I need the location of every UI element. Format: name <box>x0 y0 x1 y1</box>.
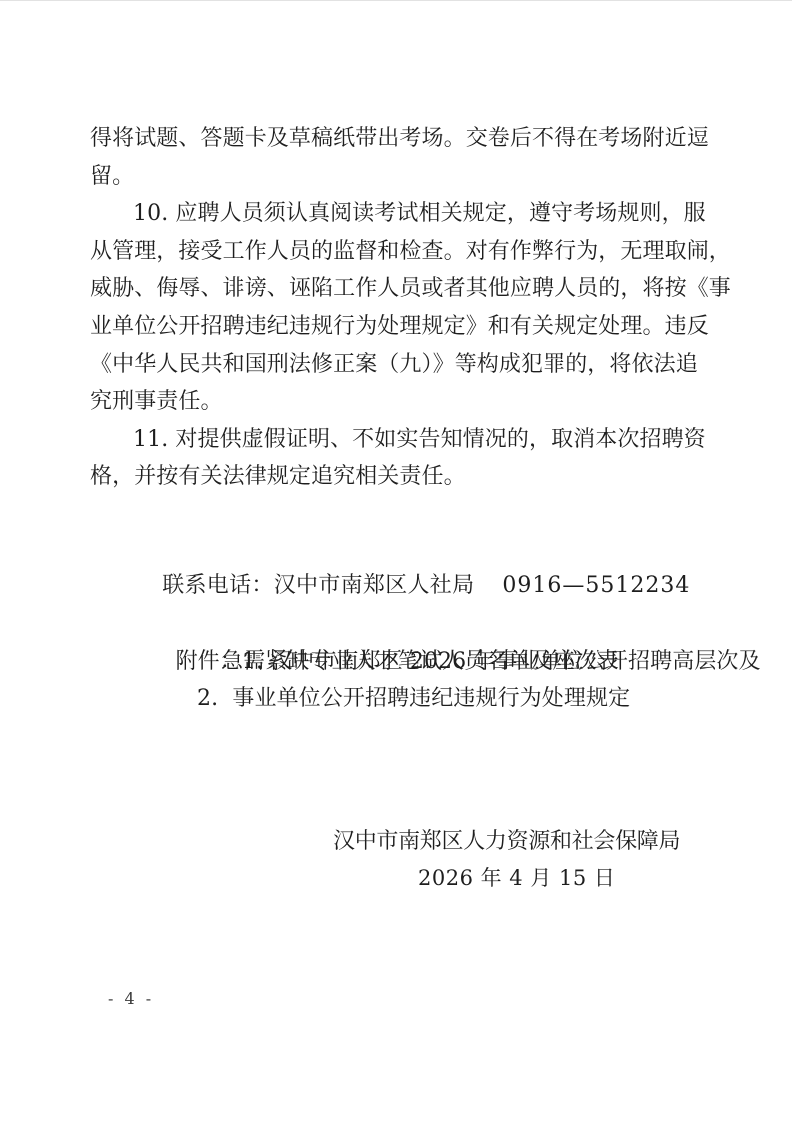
contact-org: 汉中市南郑区人社局 <box>274 573 475 598</box>
body-line-item-11: 11. 对提供虚假证明、不如实告知情况的，取消本次招聘资 <box>90 421 730 459</box>
signature-date: 2026 年 4 月 15 日 <box>418 860 615 898</box>
document-page: 得将试题、答题卡及草稿纸带出考场。交卷后不得在考场附近逗 留。 10. 应聘人员… <box>0 0 792 1121</box>
body-line: 留。 <box>90 158 730 196</box>
body-line-item-10: 10. 应聘人员须认真阅读考试相关规定，遵守考场规则，服 <box>90 195 730 233</box>
body-line: 威胁、侮辱、诽谤、诬陷工作人员或者其他应聘人员的，将按《事 <box>90 270 730 308</box>
signature-issuer: 汉中市南郑区人力资源和社会保障局 <box>333 823 680 861</box>
body-line: 业单位公开招聘违纪违规行为处理规定》和有关规定处理。违反 <box>90 308 730 346</box>
page-number: - 4 - <box>108 989 154 1009</box>
body-line: 得将试题、答题卡及草稿纸带出考场。交卷后不得在考场附近逗 <box>90 120 730 158</box>
body-line: 《中华人民共和国刑法修正案（九）》等构成犯罪的，将依法追 <box>90 346 730 384</box>
body-text-block: 得将试题、答题卡及草稿纸带出考场。交卷后不得在考场附近逗 留。 10. 应聘人员… <box>90 120 730 496</box>
attachment-item-1-line-1: 附件：1. 汉中市南郑区 2026 年事业单位公开招聘高层次及 <box>90 605 730 643</box>
body-line: 从管理，接受工作人员的监督和检查。对有作弊行为，无理取闹， <box>90 233 730 271</box>
body-line: 究刑事责任。 <box>90 383 730 421</box>
contact-label: 联系电话： <box>162 573 274 598</box>
attachments-block: 附件：1. 汉中市南郑区 2026 年事业单位公开招聘高层次及 急需紧缺专业人才… <box>90 605 730 718</box>
attachment-item-2: 2. 事业单位公开招聘违纪违规行为处理规定 <box>90 680 730 718</box>
contact-phone: 0916—5512234 <box>502 567 690 605</box>
body-line: 格，并按有关法律规定追究相关责任。 <box>90 458 730 496</box>
